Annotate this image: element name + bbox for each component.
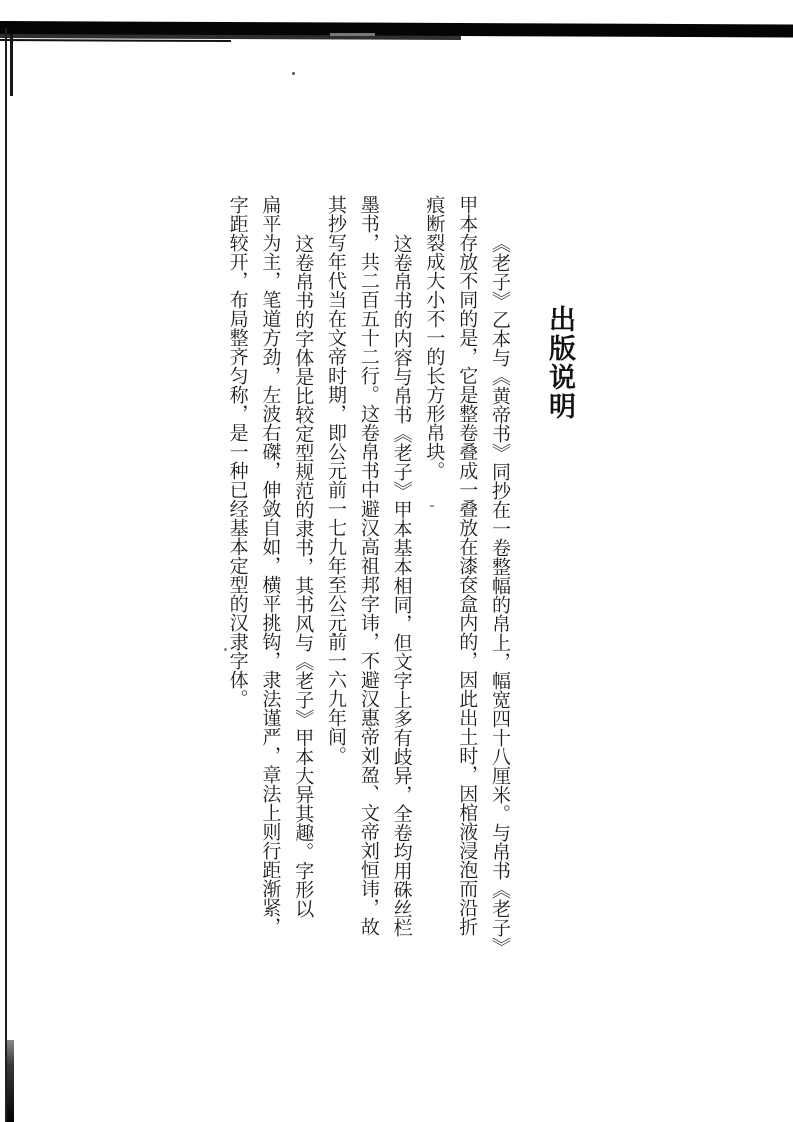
text-column: 扁平为主，笔道方劲，左波右磔，伸敛自如，横平挑钩，隶法谨严，章法上则行距渐紧， bbox=[253, 195, 286, 940]
text-column: 这卷帛书的字体是比较定型规范的隶书，其书风与《老子》甲本大异其趣。字形以 bbox=[285, 195, 318, 940]
page-title: 出版说明 bbox=[543, 195, 577, 940]
text-column: 痕断裂成大小不一的长方形帛块。 bbox=[417, 195, 450, 940]
scan-fold-line bbox=[5, 28, 7, 1122]
scan-edge-bar-bottom-left bbox=[7, 1040, 14, 1122]
text-column: 字距较开，布局整齐匀称，是一种已经基本定型的汉隶字体。 bbox=[220, 195, 253, 940]
text-column: 墨书，共二百五十二行。这卷帛书中避汉高祖邦字讳，不避汉惠帝刘盈、文帝刘恒讳，故 bbox=[351, 195, 384, 940]
scan-speck bbox=[292, 72, 295, 75]
scan-smudge bbox=[330, 33, 375, 36]
scanned-book-page: 出版说明 《老子》乙本与《黄帝书》同抄在一卷整幅的帛上，幅宽四十八厘米。与帛书《… bbox=[0, 0, 793, 1122]
text-column: 《老子》乙本与《黄帝书》同抄在一卷整幅的帛上，幅宽四十八厘米。与帛书《老子》 bbox=[482, 195, 515, 940]
scan-edge-band bbox=[0, 21, 793, 37]
text-column: 甲本存放不同的是，它是整卷叠成一叠放在漆奁盒内的，因此出土时，因棺液浸泡而沿折 bbox=[449, 195, 482, 940]
text-column: 其抄写年代当在文帝时期，即公元前一七九年至公元前一六九年间。 bbox=[318, 195, 351, 940]
scan-fold-line-short bbox=[10, 34, 13, 96]
body-text: 出版说明 《老子》乙本与《黄帝书》同抄在一卷整幅的帛上，幅宽四十八厘米。与帛书《… bbox=[220, 195, 577, 940]
text-column: 这卷帛书的内容与帛书《老子》甲本基本相同，但文字上多有歧异，全卷均用硃丝栏 bbox=[384, 195, 417, 940]
